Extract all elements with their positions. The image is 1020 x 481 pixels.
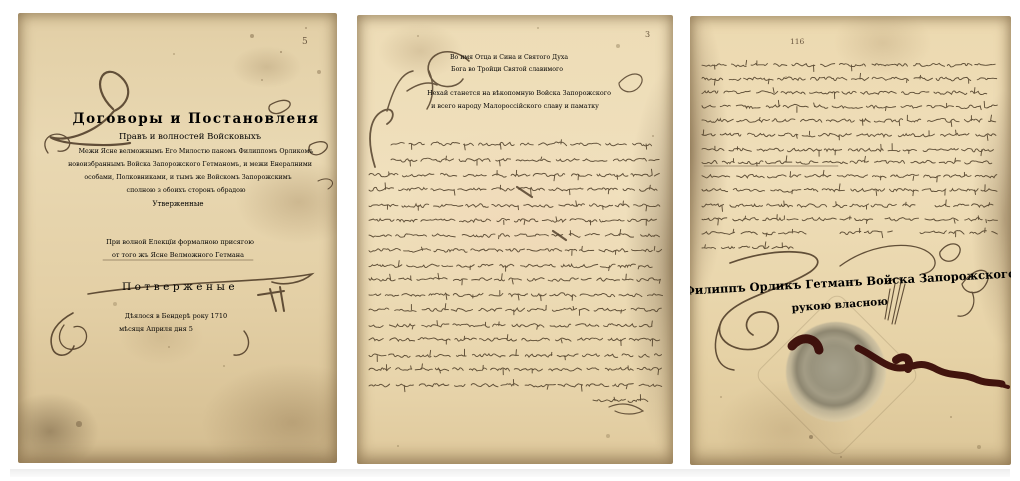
script-line [702,170,997,182]
script-line [920,228,997,237]
script-line [702,115,996,126]
signature-block: Филиппъ Орликъ Гетманъ Войска Запорожско… [690,266,1011,314]
script-line [885,216,997,223]
script-line [369,364,661,375]
script-line [702,242,793,249]
script-line [593,395,648,403]
title-paragraph-line: сполною з обоихъ сторонъ обрадою [127,187,246,194]
script-line [702,100,997,112]
script-line [369,169,659,181]
script-line [702,73,997,85]
script-line [935,200,993,207]
preamble-line: Нехай станется на вѣкопомную Войска Запо… [427,89,611,97]
manuscript-page-3-signature: 116 Филиппъ Орликъ Гетманъ Войска Запоро… [690,16,1011,465]
script-line [391,140,652,150]
body-script-lines [369,140,663,403]
script-line [369,246,662,255]
body-script-lines [702,60,997,249]
script-line [369,335,660,346]
script-line [702,156,992,166]
title-sub: Правъ и волностей Войсковыхъ [119,132,262,142]
folio-mark: 5 [302,37,308,47]
signature-line-2: рукою власною [791,296,888,315]
manuscript-page-2-text: 3 Во имя Отца и Сина и Святого Духа Бога… [357,15,673,464]
script-line [369,321,652,330]
title-paragraph-line: Межи Ясне велможнымъ Его Милостю паномъ … [79,148,314,155]
calligraphy-flourishes [704,166,988,370]
title-paragraph-line: новоизбраннымъ Войска Запорожского Гетма… [68,161,312,168]
confirmation-word-potverzhenye: Потверженые [122,281,238,293]
script-line [369,349,662,361]
script-line [702,184,997,196]
script-line [369,273,661,285]
title-main: Договоры и Постановленя [73,111,320,127]
seal-cord [792,339,1008,387]
script-line [369,261,652,272]
page1-handwriting: 5 Договоры и Постановленя Правъ и волнос… [18,13,337,463]
confirmation-line: от того жъ Ясне Велможного Гетмана [112,251,244,259]
signature-line-1: Филиппъ Орликъ Гетманъ Войска Запорожско… [690,266,1011,297]
manuscript-photo: 5 Договоры и Постановленя Правъ и волнос… [0,0,1020,481]
script-line [369,304,661,316]
script-line [702,215,873,225]
script-line [369,230,659,239]
confirmation-line: При волной Елекцїи формалною присягою [106,238,254,246]
confirmation-date-line: мѣсяця Априля дня 5 [119,325,193,333]
page3-handwriting: 116 Филиппъ Орликъ Гетманъ Войска Запоро… [690,16,1011,465]
title-paragraph-line: особами, Полковниками, и тымъ же Войском… [84,174,291,181]
title-paragraph-line: Утверженные [152,200,203,208]
script-line [702,201,915,211]
invocation-line: Во имя Отца и Сина и Святого Духа [450,54,568,61]
folio-mark: 3 [645,30,650,39]
script-line [702,144,993,157]
script-line [369,291,663,301]
script-line [369,380,662,392]
folio-mark: 116 [790,37,805,46]
invocation-line: Бога во Тройци Святой славимого [451,66,563,73]
script-line [369,217,656,226]
scan-shadow-strip [10,469,1010,477]
script-line [840,228,892,237]
script-line [369,201,660,211]
script-line [369,183,657,195]
manuscript-page-1-title: 5 Договоры и Постановленя Правъ и волнос… [18,13,337,463]
script-line [702,229,806,236]
script-line [702,130,996,141]
confirmation-place-line: Дѣялося в Бендерѣ року 1710 [125,312,227,320]
page2-handwriting: 3 Во имя Отца и Сина и Святого Духа Бога… [357,15,673,464]
script-line [702,60,995,71]
script-line [702,88,987,99]
script-line [391,156,659,166]
preamble-line: и всего народу Малороссійского славу и п… [431,102,599,110]
